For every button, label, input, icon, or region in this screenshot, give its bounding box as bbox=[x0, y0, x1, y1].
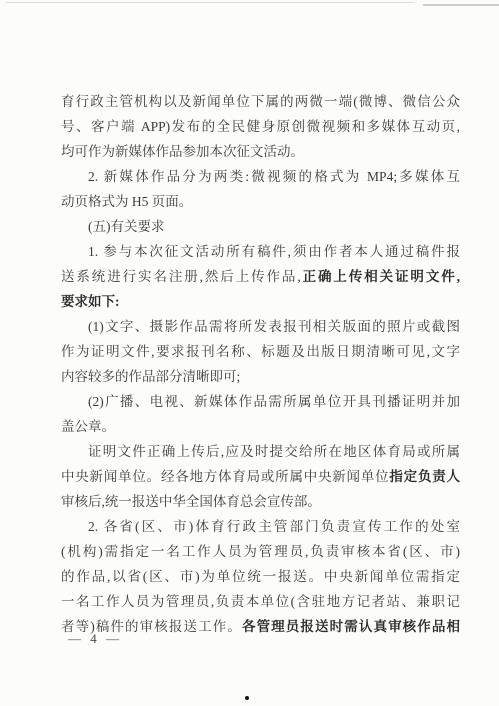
text-line: 盖公章。 bbox=[61, 414, 460, 439]
body-text: 的作品,以省(区、市)为单位统一报送。中央新闻单位需指定 bbox=[61, 569, 460, 584]
text-line: 育行政主管机构以及新闻单位下属的两微一端(微博、微信公众 bbox=[61, 89, 460, 114]
body-text: 中央新闻单位。经各地方体育局或所属中央新闻单位 bbox=[61, 469, 389, 484]
text-line: (机构)需指定一名工作人员为管理员,负责审核本省(区、市) bbox=[61, 539, 460, 564]
body-text: (机构)需指定一名工作人员为管理员,负责审核本省(区、市) bbox=[61, 544, 460, 559]
body-text: 2. 新媒体作品分为两类:微视频的格式为 MP4;多媒体互 bbox=[88, 169, 460, 184]
text-line: (1)文字、摄影作品需将所发表报刊相关版面的照片或截图 bbox=[61, 314, 460, 339]
body-text: (1)文字、摄影作品需将所发表报刊相关版面的照片或截图 bbox=[88, 319, 460, 334]
text-line: 内容较多的作品部分清晰即可; bbox=[61, 364, 460, 389]
scanned-document-page: 育行政主管机构以及新闻单位下属的两微一端(微博、微信公众号、客户端 APP)发布… bbox=[0, 0, 499, 706]
body-text: 2. 各省(区、市)体育行政主管部门负责宣传工作的处室 bbox=[88, 519, 460, 534]
document-body: 育行政主管机构以及新闻单位下属的两微一端(微博、微信公众号、客户端 APP)发布… bbox=[61, 89, 460, 639]
emphasized-text: 要求如下: bbox=[61, 294, 120, 309]
text-line: 证明文件正确上传后,应及时提交给所在地区体育局或所属 bbox=[61, 439, 460, 464]
body-text: 一名工作人员为管理员,负责本单位(含驻地方记者站、兼职记 bbox=[61, 594, 460, 609]
ink-dot-artifact bbox=[245, 696, 249, 700]
body-text: 审核后,统一报送中华全国体育总会宣传部。 bbox=[61, 494, 321, 509]
scan-artifact-line bbox=[6, 2, 414, 3]
body-text: 动页格式为 H5 页面。 bbox=[61, 194, 192, 209]
body-text: (五)有关要求 bbox=[88, 219, 165, 234]
text-line: 的作品,以省(区、市)为单位统一报送。中央新闻单位需指定 bbox=[61, 564, 460, 589]
body-text: 号、客户端 APP)发布的全民健身原创微视频和多媒体互动页, bbox=[61, 119, 460, 134]
text-line: 要求如下: bbox=[61, 289, 460, 314]
text-line: (2)广播、电视、新媒体作品需所属单位开具刊播证明并加 bbox=[61, 389, 460, 414]
body-text: 证明文件正确上传后,应及时提交给所在地区体育局或所属 bbox=[88, 444, 460, 459]
text-line: 1. 参与本次征文活动所有稿件,须由作者本人通过稿件报 bbox=[61, 239, 460, 264]
text-line: 作为证明文件,要求报刊名称、标题及出版日期清晰可见,文字 bbox=[61, 339, 460, 364]
text-line: 2. 各省(区、市)体育行政主管部门负责宣传工作的处室 bbox=[61, 514, 460, 539]
emphasized-text: 指定负责人 bbox=[389, 469, 460, 484]
text-line: 2. 新媒体作品分为两类:微视频的格式为 MP4;多媒体互 bbox=[61, 164, 460, 189]
emphasized-text: 正确上传相关证明文件, bbox=[301, 269, 460, 284]
text-line: 一名工作人员为管理员,负责本单位(含驻地方记者站、兼职记 bbox=[61, 589, 460, 614]
body-text: (2)广播、电视、新媒体作品需所属单位开具刊播证明并加 bbox=[88, 394, 460, 409]
body-text: 作为证明文件,要求报刊名称、标题及出版日期清晰可见,文字 bbox=[61, 344, 460, 359]
body-text: 育行政主管机构以及新闻单位下属的两微一端(微博、微信公众 bbox=[61, 94, 460, 109]
body-text: 内容较多的作品部分清晰即可; bbox=[61, 369, 240, 384]
scan-artifact-line bbox=[423, 4, 499, 6]
body-text: 送系统进行实名注册,然后上传作品, bbox=[61, 269, 301, 284]
page-number: — 4 — bbox=[68, 630, 122, 648]
text-line: 动页格式为 H5 页面。 bbox=[61, 189, 460, 214]
text-line: 均可作为新媒体作品参加本次征文活动。 bbox=[61, 139, 460, 164]
body-text: 1. 参与本次征文活动所有稿件,须由作者本人通过稿件报 bbox=[88, 244, 460, 259]
text-line: 审核后,统一报送中华全国体育总会宣传部。 bbox=[61, 489, 460, 514]
body-text: 均可作为新媒体作品参加本次征文活动。 bbox=[61, 144, 304, 159]
text-line: 号、客户端 APP)发布的全民健身原创微视频和多媒体互动页, bbox=[61, 114, 460, 139]
text-line: 送系统进行实名注册,然后上传作品,正确上传相关证明文件, bbox=[61, 264, 460, 289]
text-line: (五)有关要求 bbox=[61, 214, 460, 239]
emphasized-text: 各管理员报送时需认真审核作品相 bbox=[242, 619, 460, 634]
text-line: 中央新闻单位。经各地方体育局或所属中央新闻单位指定负责人 bbox=[61, 464, 460, 489]
body-text: 盖公章。 bbox=[61, 419, 115, 434]
